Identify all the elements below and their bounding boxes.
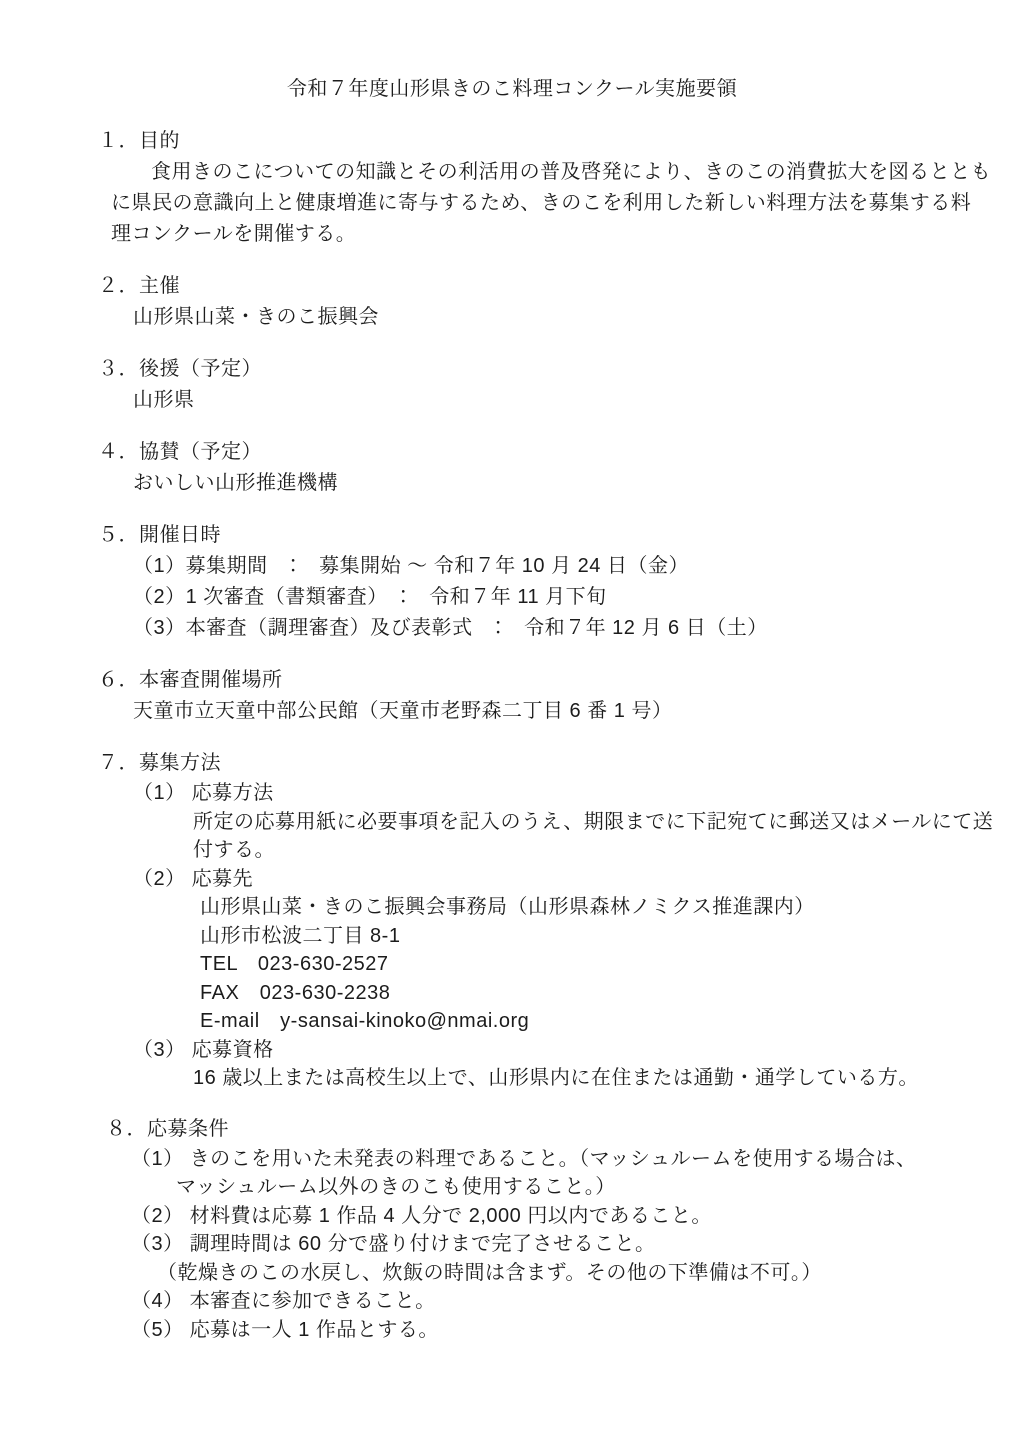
doc-line: 理コンクールを開催する。 <box>111 219 1024 250</box>
section-heading-text: 応募条件 <box>147 1118 229 1140</box>
doc-line: 山形県山菜・きのこ振興会事務局（山形県森林ノミクス推進課内） <box>200 893 1024 922</box>
doc-line: 16 歳以上または高校生以上で、山形県内に在住または通勤・通学している方。 <box>193 1064 1024 1093</box>
doc-line: 山形県 <box>133 385 1024 416</box>
section-heading-text: 募集方法 <box>139 752 221 774</box>
doc-line: に県民の意識向上と健康増進に寄与するため、きのこを利用した新しい料理方法を募集す… <box>111 188 1024 219</box>
section-heading-text: 開催日時 <box>139 524 221 546</box>
section-heading-text: 協賛（予定） <box>139 441 262 463</box>
doc-line: （1）募集期間 ： 募集開始 ～ 令和７年 10 月 24 日（金） <box>133 551 1024 582</box>
section-number: ２． <box>98 275 139 297</box>
section-heading: ６．本審査開催場所 <box>98 665 1024 696</box>
section-number: ６． <box>98 669 139 691</box>
doc-line: 付する。 <box>193 836 1024 865</box>
doc-line: （1） 応募方法 <box>133 779 1024 808</box>
section-heading: ７．募集方法 <box>98 748 1024 779</box>
doc-line: 山形県山菜・きのこ振興会 <box>133 302 1024 333</box>
doc-line: （5） 応募は一人 1 作品とする。 <box>131 1316 1024 1345</box>
doc-line: マッシュルーム以外のきのこも使用すること。） <box>176 1173 1024 1202</box>
section-number: １． <box>98 130 139 152</box>
section-heading-text: 主催 <box>139 275 180 297</box>
doc-line: （3） 調理時間は 60 分で盛り付けまで完了させること。 <box>131 1230 1024 1259</box>
section-heading: ４．協賛（予定） <box>98 437 1024 468</box>
section-heading: ２．主催 <box>98 271 1024 302</box>
section-heading: ３．後援（予定） <box>98 354 1024 385</box>
section-heading: ５．開催日時 <box>98 520 1024 551</box>
doc-line: （2） 応募先 <box>133 865 1024 894</box>
doc-line: 天童市立天童中部公民館（天童市老野森二丁目 6 番 1 号） <box>133 696 1024 727</box>
doc-line: おいしい山形推進機構 <box>133 468 1024 499</box>
doc-line: （3） 応募資格 <box>133 1036 1024 1065</box>
section-number: ５． <box>98 524 139 546</box>
section-heading: １．目的 <box>98 126 1024 157</box>
document-body: １．目的食用きのこについての知識とその利活用の普及啓発により、きのこの消費拡大を… <box>0 126 1024 1344</box>
section-number: ７． <box>98 752 139 774</box>
doc-line: （2） 材料費は応募 1 作品 4 人分で 2,000 円以内であること。 <box>131 1202 1024 1231</box>
section-heading-text: 後援（予定） <box>139 358 262 380</box>
doc-line: TEL 023-630-2527 <box>200 950 1024 979</box>
doc-line: E-mail y-sansai-kinoko@nmai.org <box>200 1007 1024 1036</box>
doc-line: （1） きのこを用いた未発表の料理であること。（マッシュルームを使用する場合は、 <box>131 1145 1024 1174</box>
section-heading-text: 目的 <box>139 130 180 152</box>
section-number: ８． <box>106 1118 147 1140</box>
document-page: 令和７年度山形県きのこ料理コンクール実施要領 １．目的食用きのこについての知識と… <box>0 0 1024 1449</box>
doc-line: 所定の応募用紙に必要事項を記入のうえ、期限までに下記宛てに郵送又はメールにて送 <box>193 808 1024 837</box>
document-title: 令和７年度山形県きのこ料理コンクール実施要領 <box>0 74 1024 105</box>
doc-line: （2）1 次審査（書類審査） ： 令和７年 11 月下旬 <box>133 582 1024 613</box>
doc-line: 山形市松波二丁目 8-1 <box>200 922 1024 951</box>
doc-line: （3）本審査（調理審査）及び表彰式 ： 令和７年 12 月 6 日（土） <box>133 613 1024 644</box>
doc-line: （4） 本審査に参加できること。 <box>131 1287 1024 1316</box>
section-number: ３． <box>98 358 139 380</box>
section-number: ４． <box>98 441 139 463</box>
doc-line: 食用きのこについての知識とその利活用の普及啓発により、きのこの消費拡大を図るとと… <box>151 157 1024 188</box>
section-heading: ８．応募条件 <box>106 1114 1024 1145</box>
doc-line: （乾燥きのこの水戻し、炊飯の時間は含まず。その他の下準備は不可。） <box>157 1259 1024 1288</box>
doc-line: FAX 023-630-2238 <box>200 979 1024 1008</box>
section-heading-text: 本審査開催場所 <box>139 669 283 691</box>
